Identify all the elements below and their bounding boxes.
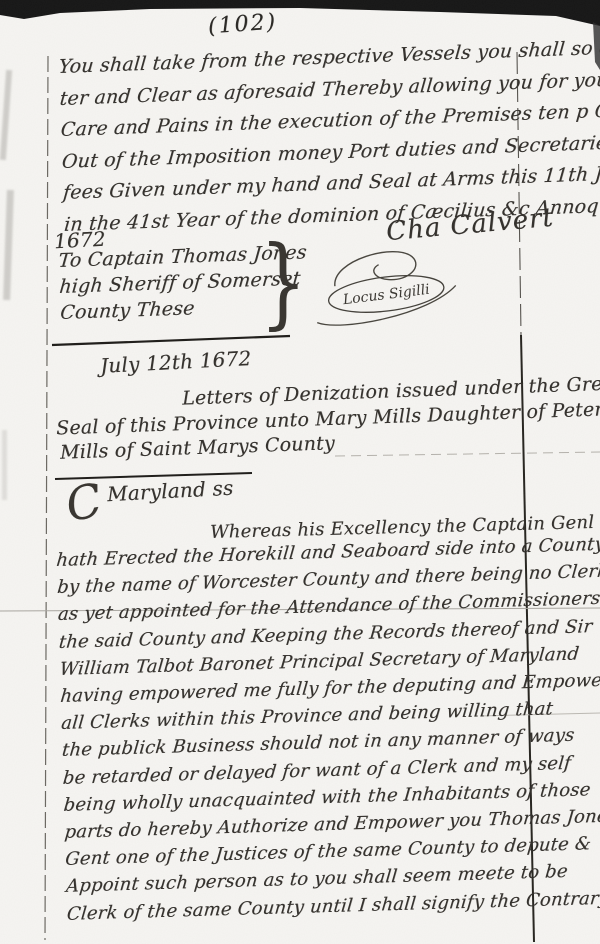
locus-sigilli-seal: Locus Sigilli	[306, 242, 466, 332]
seal-flourish-spiral	[332, 249, 418, 287]
page-number: (102)	[207, 10, 278, 40]
clerk-commission-text: hath Erected the Horekill and Seaboard s…	[56, 530, 600, 928]
heading-text: Maryland ss	[106, 476, 233, 507]
left-edge-smudge	[2, 430, 7, 500]
paragraph-flourish: C	[63, 480, 105, 524]
manuscript-page: (102) You shall take from the respective…	[0, 0, 600, 944]
address-brace: }	[260, 226, 307, 340]
